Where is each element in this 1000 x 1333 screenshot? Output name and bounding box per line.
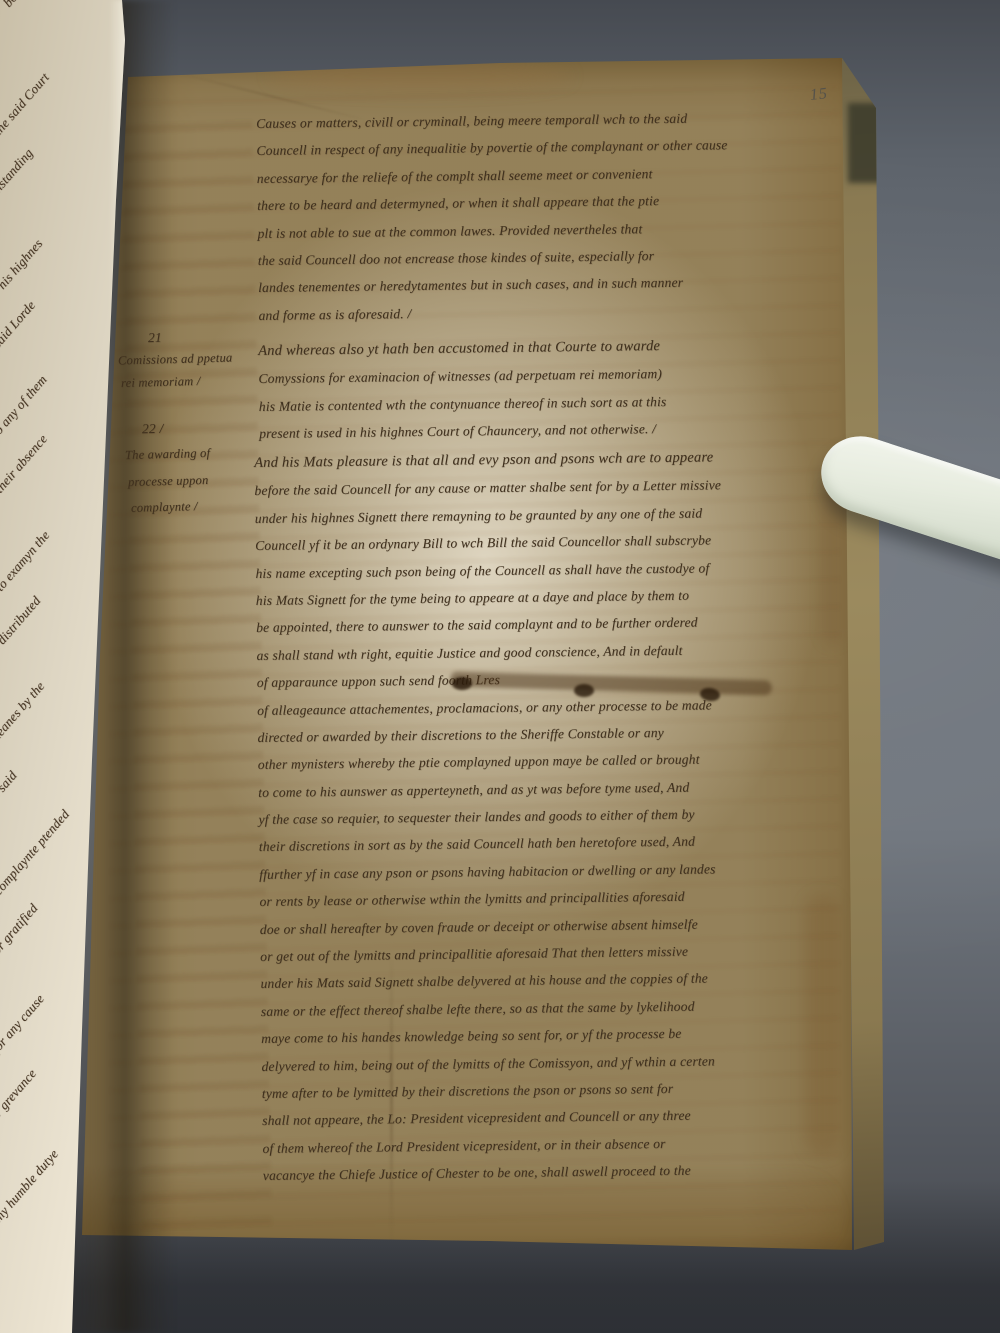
margin-note-awarding: processe uppon <box>128 473 209 490</box>
manuscript-line: to be distributed <box>0 517 111 671</box>
text-block-process: And his Mats pleasure is that all and ev… <box>254 444 730 1189</box>
manuscript-line: Councell in respect of any inequalitie b… <box>256 132 727 165</box>
manuscript-line: landes tenementes or heredytamentes but … <box>258 269 729 302</box>
ink-blot <box>574 684 594 697</box>
margin-note-commissions: rei memoriam / <box>121 374 201 391</box>
manuscript-photo: 15 Causes or matters, civill or cryminal… <box>0 0 1000 1333</box>
manuscript-line: and forme as is aforesaid. / <box>258 296 729 329</box>
manuscript-line: notwthstanding <box>0 65 107 219</box>
manuscript-line: the said Lorde <box>0 213 113 367</box>
bone-folder-body <box>811 426 1000 585</box>
text-block-causes: Causes or matters, civill or cryminall, … <box>256 104 730 329</box>
manuscript-line: present is used in his highnes Court of … <box>259 415 667 447</box>
margin-number-21: 21 <box>148 330 162 346</box>
margin-note-awarding: The awarding of <box>125 446 211 463</box>
margin-number-22: 22 / <box>142 421 164 438</box>
bone-folder <box>816 412 1000 592</box>
ink-blot <box>452 677 472 690</box>
manuscript-line: there to be heard and determyned, or whe… <box>257 186 728 219</box>
manuscript-line: vacancye the Chiefe Justice of Chester t… <box>263 1156 730 1189</box>
manuscript-line: or in their absence <box>0 365 109 519</box>
margin-note-commissions: Comissions ad ppetua <box>118 351 233 369</box>
manuscript-line: as shall stand wth right, equitie Justic… <box>256 636 723 669</box>
margin-note-awarding: complaynte / <box>131 499 198 516</box>
folio-number: 15 <box>809 85 829 105</box>
text-block-commissions: And whereas also yt hath ben accustomed … <box>258 333 667 448</box>
